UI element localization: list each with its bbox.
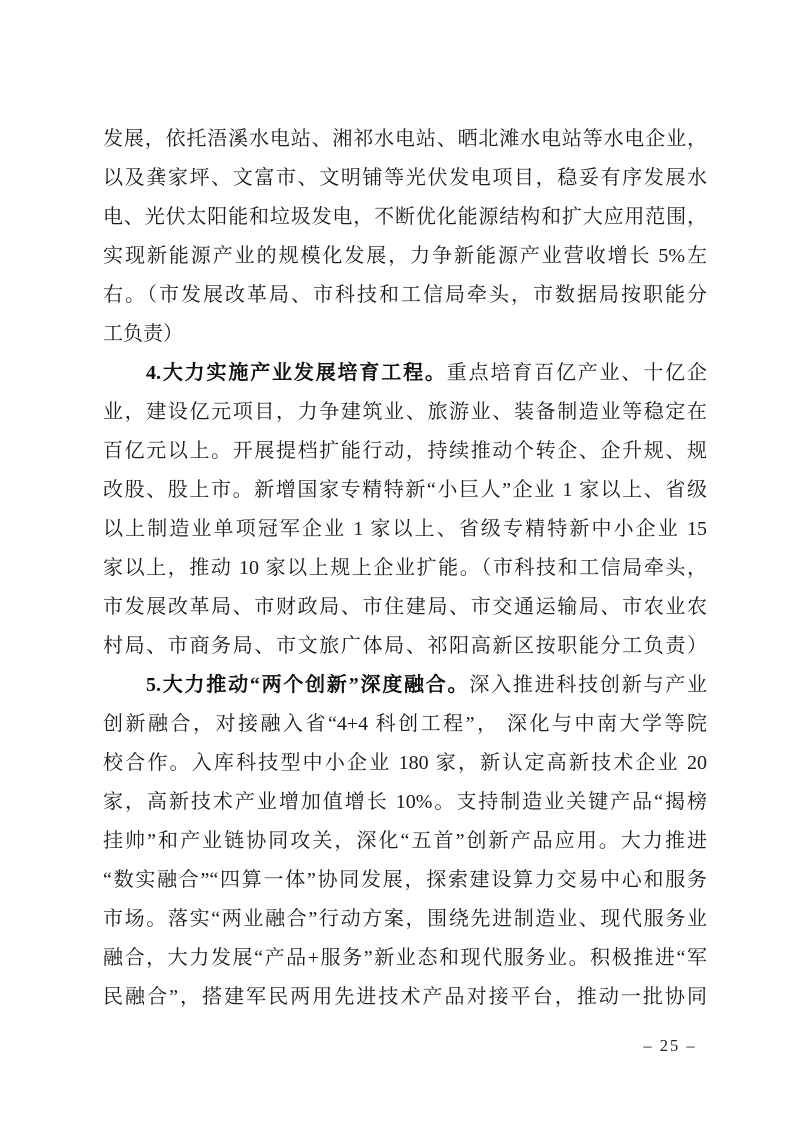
- para-section5-two-innovations: 5.大力推动“两个创新”深度融合。深入推进科技创新与产业 创新融合，对接融入省“…: [103, 666, 707, 1017]
- page-number: – 25 –: [600, 1036, 740, 1056]
- text-line: 市场。落实“两业融合”行动方案，围绕先进制造业、现代服务业: [103, 900, 707, 939]
- text-line: 创新融合，对接融入省“4+4 科创工程”， 深化与中南大学等院: [103, 705, 707, 744]
- text-line: 融合，大力发展“产品+服务”新业态和现代服务业。积极推进“军: [103, 939, 707, 978]
- text-line: 业，建设亿元项目，力争建筑业、旅游业、装备制造业等稳定在: [103, 393, 707, 432]
- document-page: 发展，依托浯溪水电站、湘祁水电站、晒北滩水电站等水电企业， 以及龚家坪、文富市、…: [0, 0, 793, 1122]
- text-line: 实现新能源产业的规模化发展，力争新能源产业营收增长 5%左: [103, 237, 707, 276]
- section4-lead-text: 重点培育百亿产业、十亿企: [447, 362, 707, 384]
- text-line: 以上制造业单项冠军企业 1 家以上、省级专精特新中小企业 15: [103, 510, 707, 549]
- section5-heading: 5.大力推动“两个创新”深度融合。: [146, 674, 469, 696]
- para-new-energy-continuation: 发展，依托浯溪水电站、湘祁水电站、晒北滩水电站等水电企业， 以及龚家坪、文富市、…: [103, 120, 707, 354]
- text-line: 5.大力推动“两个创新”深度融合。深入推进科技创新与产业: [103, 666, 707, 705]
- text-line: 民融合”，搭建军民两用先进技术产品对接平台，推动一批协同: [103, 978, 707, 1017]
- text-line: 校合作。入库科技型中小企业 180 家，新认定高新技术企业 20: [103, 744, 707, 783]
- text-line: 工负责）: [103, 315, 707, 354]
- section5-lead-text: 深入推进科技创新与产业: [469, 674, 707, 696]
- text-line: “数实融合”“四算一体”协同发展，探索建设算力交易中心和服务: [103, 861, 707, 900]
- section4-heading: 4.大力实施产业发展培育工程。: [146, 362, 447, 384]
- document-body: 发展，依托浯溪水电站、湘祁水电站、晒北滩水电站等水电企业， 以及龚家坪、文富市、…: [103, 120, 707, 1017]
- text-line: 市发展改革局、市财政局、市住建局、市交通运输局、市农业农: [103, 588, 707, 627]
- text-line: 家以上，推动 10 家以上规上企业扩能。（市科技和工信局牵头，: [103, 549, 707, 588]
- text-line: 电、光伏太阳能和垃圾发电，不断优化能源结构和扩大应用范围，: [103, 198, 707, 237]
- text-line: 村局、市商务局、市文旅广体局、祁阳高新区按职能分工负责）: [103, 627, 707, 666]
- text-line: 挂帅”和产业链协同攻关，深化“五首”创新产品应用。大力推进: [103, 822, 707, 861]
- text-line: 百亿元以上。开展提档扩能行动，持续推动个转企、企升规、规: [103, 432, 707, 471]
- text-line: 以及龚家坪、文富市、文明铺等光伏发电项目，稳妥有序发展水: [103, 159, 707, 198]
- text-line: 4.大力实施产业发展培育工程。重点培育百亿产业、十亿企: [103, 354, 707, 393]
- text-line: 右。（市发展改革局、市科技和工信局牵头，市数据局按职能分: [103, 276, 707, 315]
- text-line: 家，高新技术产业增加值增长 10%。支持制造业关键产品“揭榜: [103, 783, 707, 822]
- text-line: 发展，依托浯溪水电站、湘祁水电站、晒北滩水电站等水电企业，: [103, 120, 707, 159]
- text-line: 改股、股上市。新增国家专精特新“小巨人”企业 1 家以上、省级: [103, 471, 707, 510]
- para-section4-industry-cultivation: 4.大力实施产业发展培育工程。重点培育百亿产业、十亿企 业，建设亿元项目，力争建…: [103, 354, 707, 666]
